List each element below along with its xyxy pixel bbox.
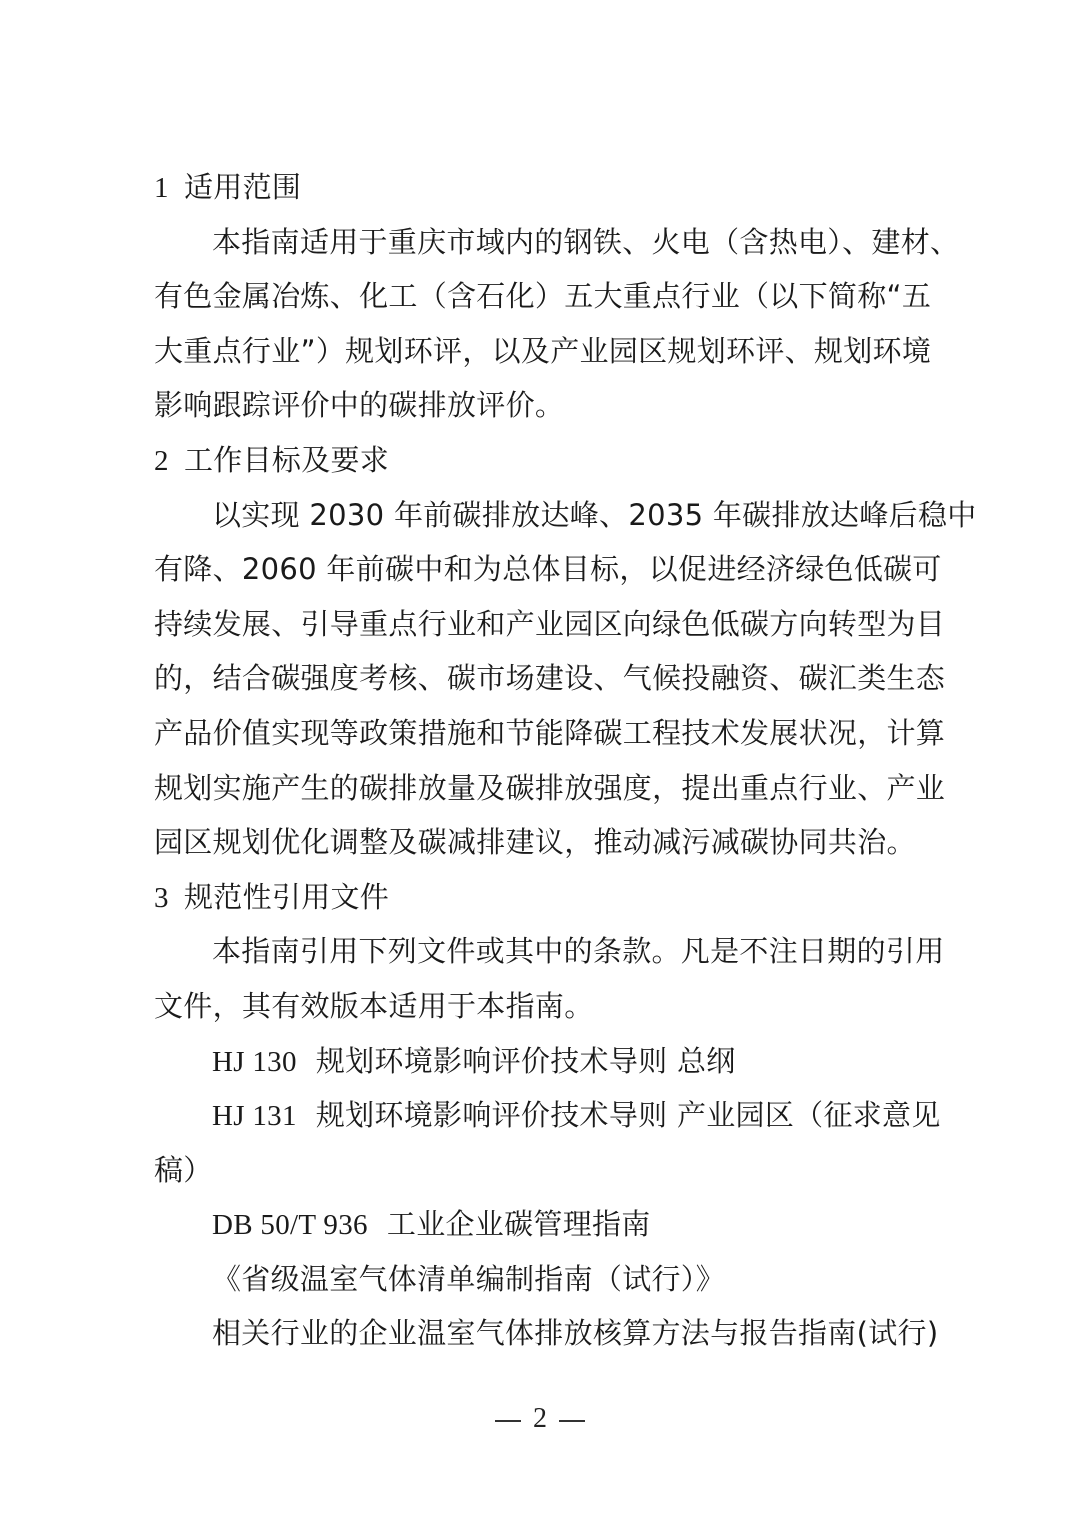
section-number: 2 xyxy=(154,434,184,489)
page-number-value: 2 xyxy=(533,1403,547,1434)
paragraph-line: 本指南引用下列文件或其中的条款。凡是不注日期的引用 xyxy=(154,924,926,979)
reference-code: DB 50/T 936 xyxy=(212,1209,368,1241)
paragraph-line: 的，结合碳强度考核、碳市场建设、气候投融资、碳汇类生态 xyxy=(154,651,926,706)
paragraph-line: 持续发展、引导重点行业和产业园区向绿色低碳方向转型为目 xyxy=(154,597,926,652)
dash-decoration xyxy=(495,1420,521,1422)
reference-code: HJ 131 xyxy=(212,1100,297,1132)
page-number: 2 xyxy=(0,1403,1080,1435)
reference-item: DB 50/T 936 工业企业碳管理指南 xyxy=(154,1197,926,1252)
reference-title: 相关行业的企业温室气体排放核算方法与报告指南(试行) xyxy=(212,1316,938,1350)
document-page: 1适用范围 本指南适用于重庆市域内的钢铁、火电（含热电）、建材、 有色金属冶炼、… xyxy=(154,160,926,1361)
section-title: 工作目标及要求 xyxy=(184,443,389,477)
section-heading-3: 3规范性引用文件 xyxy=(154,870,926,925)
reference-title: 规划环境影响评价技术导则 总纲 xyxy=(316,1044,736,1078)
reference-item: 相关行业的企业温室气体排放核算方法与报告指南(试行) xyxy=(154,1306,926,1361)
paragraph-line: 规划实施产生的碳排放量及碳排放强度，提出重点行业、产业 xyxy=(154,761,926,816)
paragraph-line: 产品价值实现等政策措施和节能降碳工程技术发展状况，计算 xyxy=(154,706,926,761)
reference-item: HJ 131 规划环境影响评价技术导则 产业园区（征求意见 xyxy=(154,1088,926,1143)
section-title: 适用范围 xyxy=(184,170,301,204)
reference-item: HJ 130 规划环境影响评价技术导则 总纲 xyxy=(154,1034,926,1089)
dash-decoration xyxy=(559,1420,585,1422)
paragraph-line: 本指南适用于重庆市域内的钢铁、火电（含热电）、建材、 xyxy=(154,215,926,270)
section-title: 规范性引用文件 xyxy=(184,880,389,914)
reference-title: 规划环境影响评价技术导则 产业园区（征求意见 xyxy=(316,1098,941,1132)
paragraph-line: 园区规划优化调整及碳减排建议，推动减污减碳协同共治。 xyxy=(154,815,926,870)
reference-item: 《省级温室气体清单编制指南（试行）》 xyxy=(154,1252,926,1307)
paragraph-line: 大重点行业”）规划环评，以及产业园区规划环评、规划环境 xyxy=(154,324,926,379)
reference-code: HJ 130 xyxy=(212,1046,297,1078)
section-number: 3 xyxy=(154,871,184,926)
reference-title: 工业企业碳管理指南 xyxy=(387,1207,651,1241)
section-heading-2: 2工作目标及要求 xyxy=(154,433,926,488)
paragraph-line: 以实现 2030 年前碳排放达峰、2035 年碳排放达峰后稳中 xyxy=(154,488,926,543)
paragraph-line: 文件，其有效版本适用于本指南。 xyxy=(154,979,926,1034)
reference-continuation: 稿） xyxy=(154,1143,926,1198)
paragraph-line: 影响跟踪评价中的碳排放评价。 xyxy=(154,378,926,433)
paragraph-line: 有降、2060 年前碳中和为总体目标，以促进经济绿色低碳可 xyxy=(154,542,926,597)
paragraph-line: 有色金属冶炼、化工（含石化）五大重点行业（以下简称“五 xyxy=(154,269,926,324)
section-number: 1 xyxy=(154,161,184,216)
reference-title: 《省级温室气体清单编制指南（试行）》 xyxy=(212,1262,725,1296)
section-heading-1: 1适用范围 xyxy=(154,160,926,215)
